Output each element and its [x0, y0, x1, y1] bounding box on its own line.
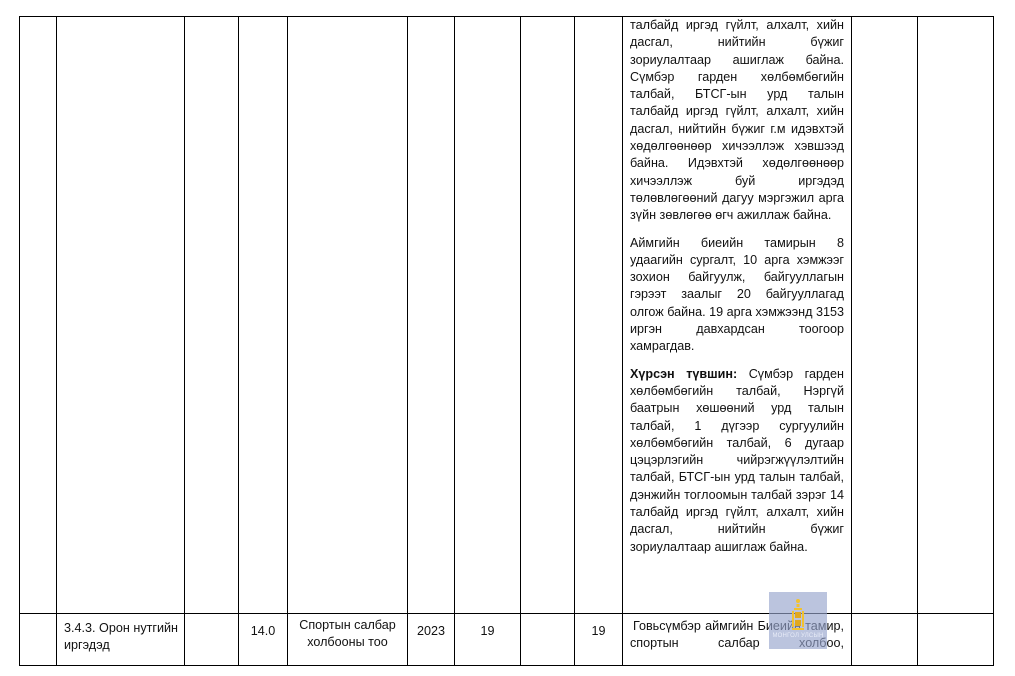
narrative-paragraph: Хүрсэн түвшин: Сүмбэр гарден хөлбөмбөгий…: [630, 366, 844, 556]
cell-narrative: талбайд иргэд гүйлт, алхалт, хийн дасгал…: [623, 17, 852, 614]
report-table: талбайд иргэд гүйлт, алхалт, хийн дасгал…: [19, 16, 994, 666]
achieved-level-text: Сүмбэр гарден хөлбөмбөгийн талбай, Нэргү…: [630, 367, 844, 554]
cell-base-value: 19: [455, 614, 521, 666]
soyombo-emblem-icon: [791, 598, 805, 632]
achieved-level-label: Хүрсэн түвшин:: [630, 367, 737, 381]
table-row-continued: талбайд иргэд гүйлт, алхалт, хийн дасгал…: [20, 17, 994, 614]
cell-indicator: Спортын салбар холбооны тоо: [288, 614, 408, 666]
cell-empty: [185, 17, 239, 614]
cell-score: [852, 17, 918, 614]
cell-score: [852, 614, 918, 666]
table-row-3-4-3: 3.4.3. Орон нутгийн иргэдэд 14.0 Спортын…: [20, 614, 994, 666]
cell-target: [521, 17, 575, 614]
cell-empty: [185, 614, 239, 666]
cell-base-value: [455, 17, 521, 614]
narrative-paragraph: талбайд иргэд гүйлт, алхалт, хийн дасгал…: [630, 17, 844, 225]
cell-index: [20, 17, 57, 614]
cell-base-year: [408, 17, 455, 614]
cell-actual: 19: [575, 614, 623, 666]
watermark-badge: МОНГОЛ УЛСЫН: [769, 592, 827, 649]
cell-notes: [918, 17, 994, 614]
cell-code: [239, 17, 288, 614]
narrative-paragraph: Аймгийн биеийн тамирын 8 удаагийн сургал…: [630, 235, 844, 356]
cell-indicator: [288, 17, 408, 614]
cell-notes: [918, 614, 994, 666]
cell-code: 14.0: [239, 614, 288, 666]
cell-index: [20, 614, 57, 666]
cell-goal: [57, 17, 185, 614]
cell-target: [521, 614, 575, 666]
cell-actual: [575, 17, 623, 614]
watermark-caption: МОНГОЛ УЛСЫН: [772, 633, 823, 640]
cell-goal: 3.4.3. Орон нутгийн иргэдэд: [57, 614, 185, 666]
cell-base-year: 2023: [408, 614, 455, 666]
